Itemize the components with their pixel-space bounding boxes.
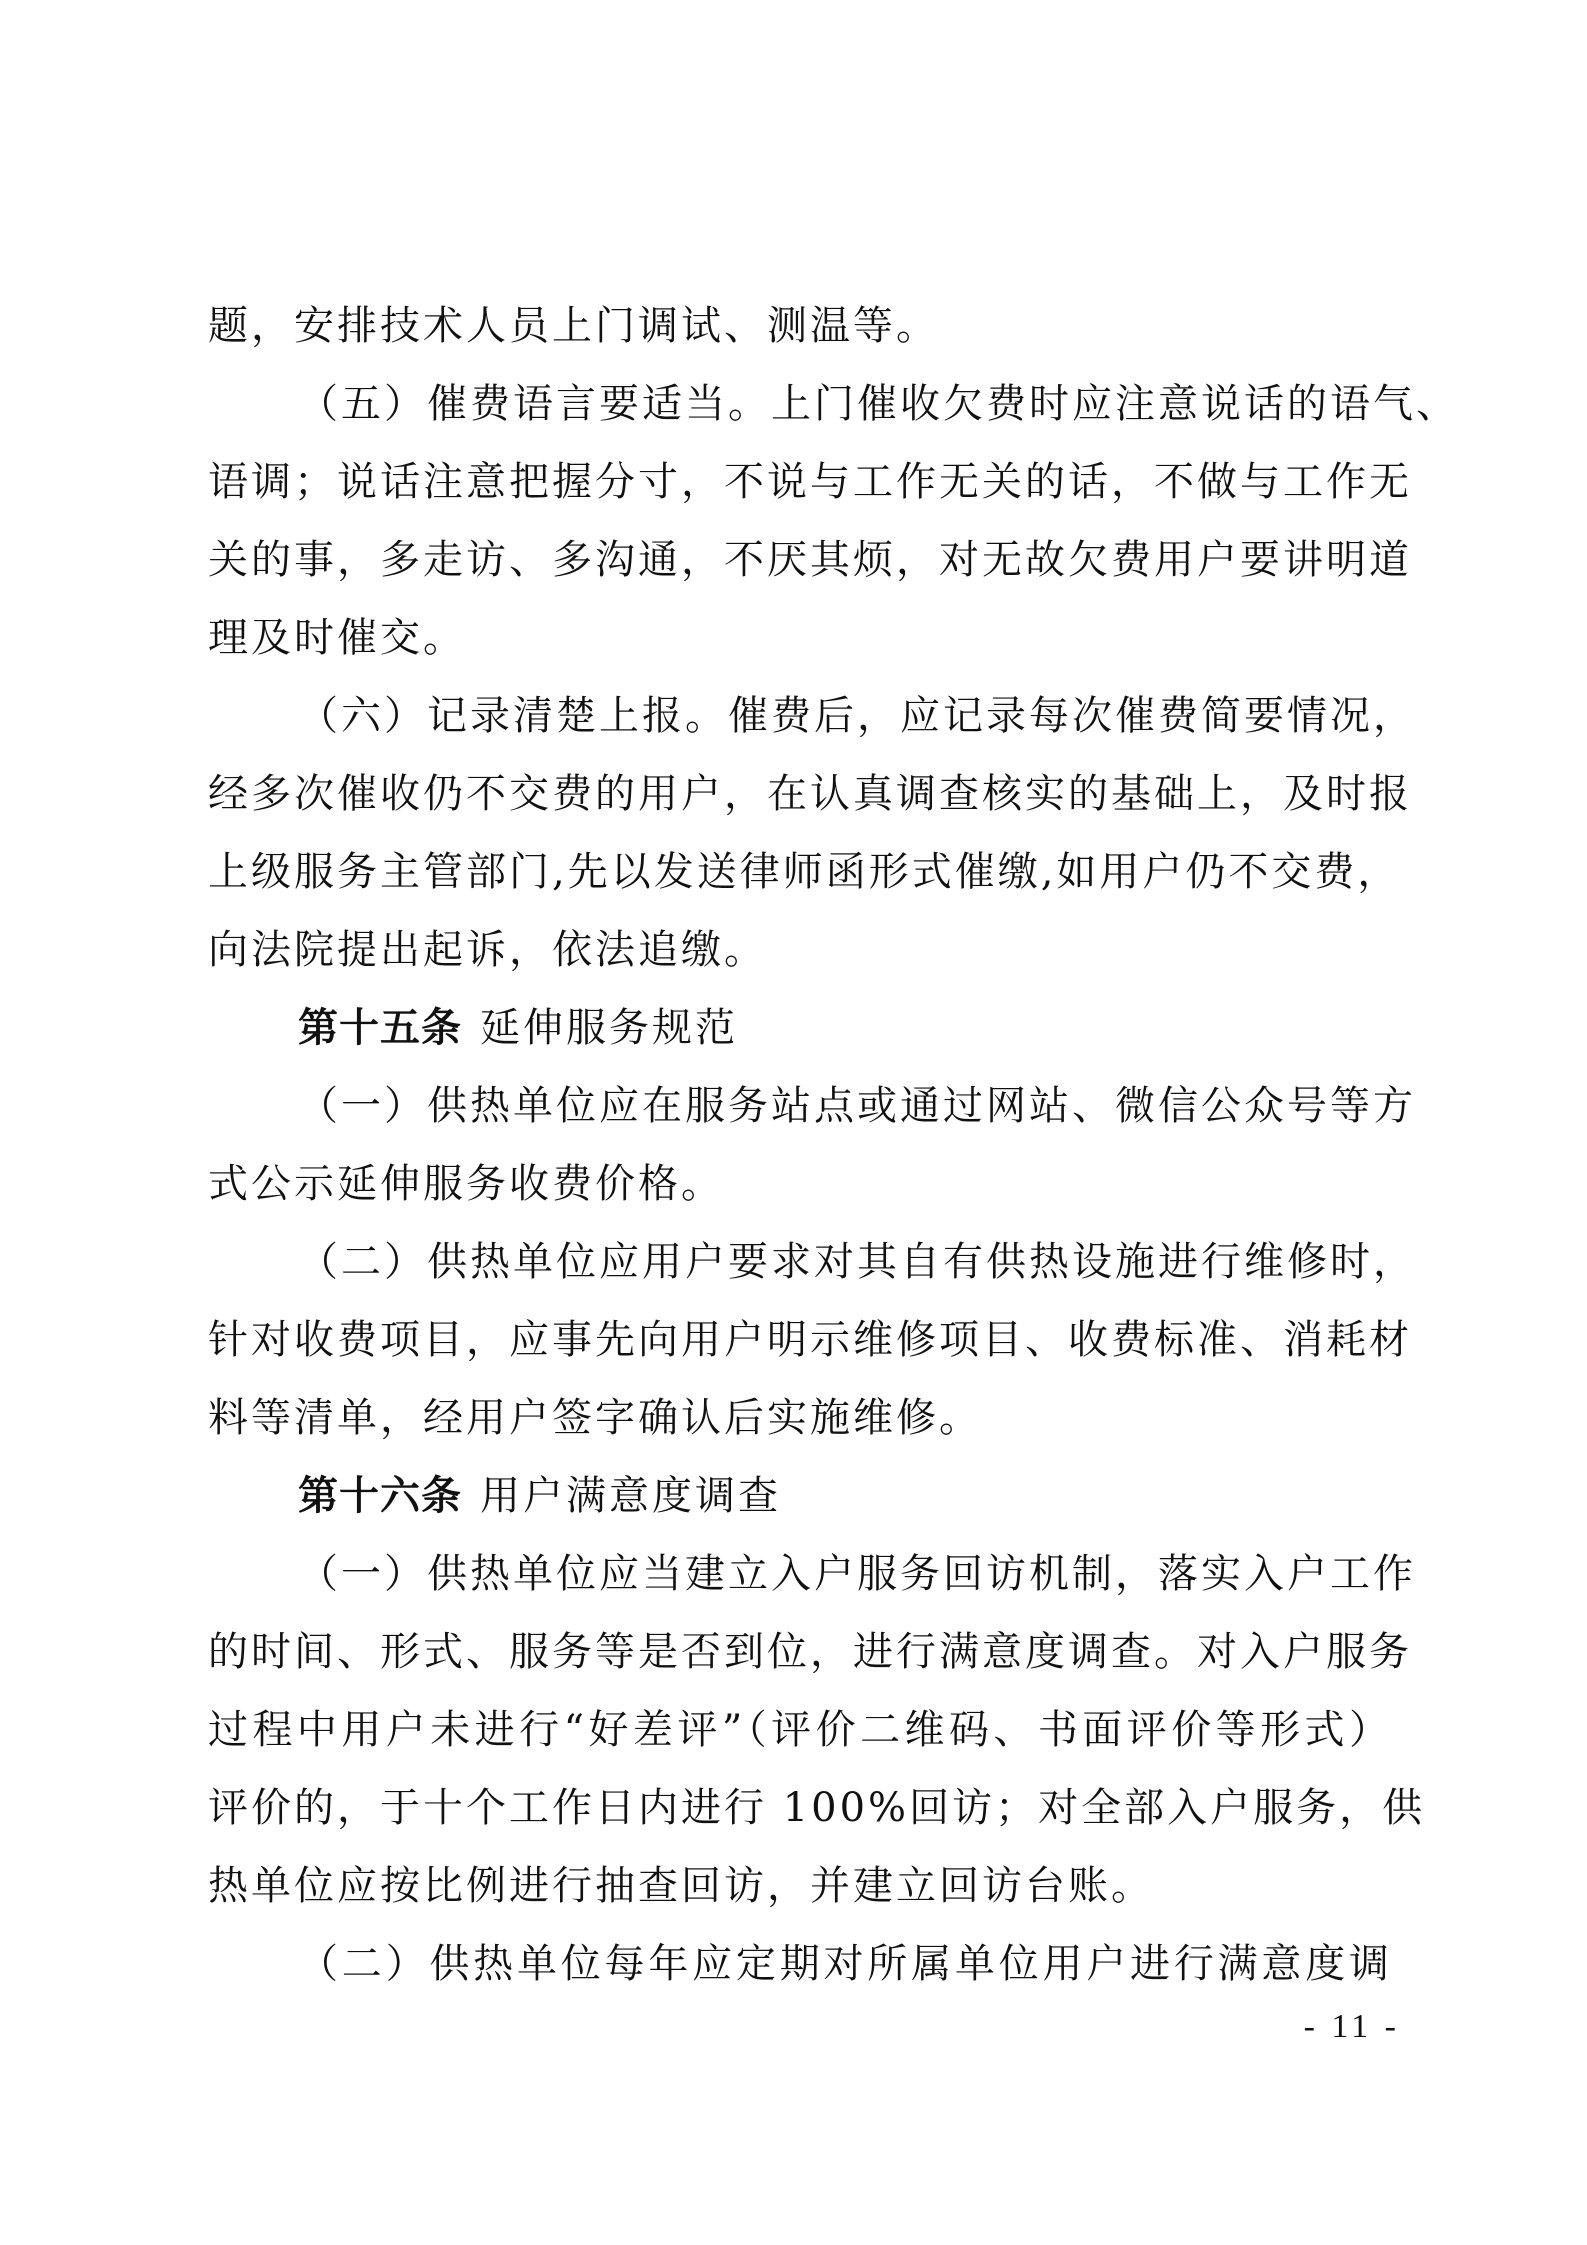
body-text-line: 语调；说话注意把握分寸，不说与工作无关的话，不做与工作无 [208,452,1392,512]
body-text-line: 关的事，多走访、多沟通，不厌其烦，对无故欠费用户要讲明道 [208,530,1392,590]
body-text-line: 针对收费项目，应事先向用户明示维修项目、收费标准、消耗材 [208,1310,1392,1370]
body-text-line: （一）供热单位应当建立入户服务回访机制，落实入户工作 [298,1544,1392,1604]
article-number: 第十六条 [298,1473,462,1519]
body-text-line: 题，安排技术人员上门调试、测温等。 [208,296,1392,356]
article-title: 延伸服务规范 [480,1005,738,1051]
article-number: 第十五条 [298,1005,462,1051]
article-heading: 第十五条延伸服务规范 [298,998,738,1058]
body-text-line: （六）记录清楚上报。催费后，应记录每次催费简要情况， [298,686,1392,746]
body-text-line: 向法院提出起诉，依法追缴。 [208,920,1392,980]
body-text-line: （一）供热单位应在服务站点或通过网站、微信公众号等方 [298,1076,1392,1136]
page-number: - 11 - [1290,2002,1400,2052]
body-text-line: 的时间、形式、服务等是否到位，进行满意度调查。对入户服务 [208,1622,1392,1682]
document-page: 题，安排技术人员上门调试、测温等。 （五）催费语言要适当。上门催收欠费时应注意说… [0,0,1587,2245]
body-text-line: 过程中用户未进行“好差评”（评价二维码、书面评价等形式） [208,1700,1392,1760]
body-text-line: （五）催费语言要适当。上门催收欠费时应注意说话的语气、 [298,374,1392,434]
body-text-line: （二）供热单位应用户要求对其自有供热设施进行维修时， [298,1232,1392,1292]
body-text-line: 料等清单，经用户签字确认后实施维修。 [208,1388,1392,1448]
body-text-line: 热单位应按比例进行抽查回访，并建立回访台账。 [208,1856,1392,1916]
body-text-line: 评价的，于十个工作日内进行 100%回访；对全部入户服务，供 [208,1778,1392,1838]
body-text-line: 上级服务主管部门,先以发送律师函形式催缴,如用户仍不交费， [208,842,1392,902]
article-title: 用户满意度调查 [480,1473,781,1519]
body-text-line: 式公示延伸服务收费价格。 [208,1154,1392,1214]
body-text-line: 经多次催收仍不交费的用户，在认真调查核实的基础上，及时报 [208,764,1392,824]
body-text-line: （二）供热单位每年应定期对所属单位用户进行满意度调 [298,1934,1392,1994]
body-text-line: 理及时催交。 [208,608,1392,668]
article-heading: 第十六条用户满意度调查 [298,1466,781,1526]
